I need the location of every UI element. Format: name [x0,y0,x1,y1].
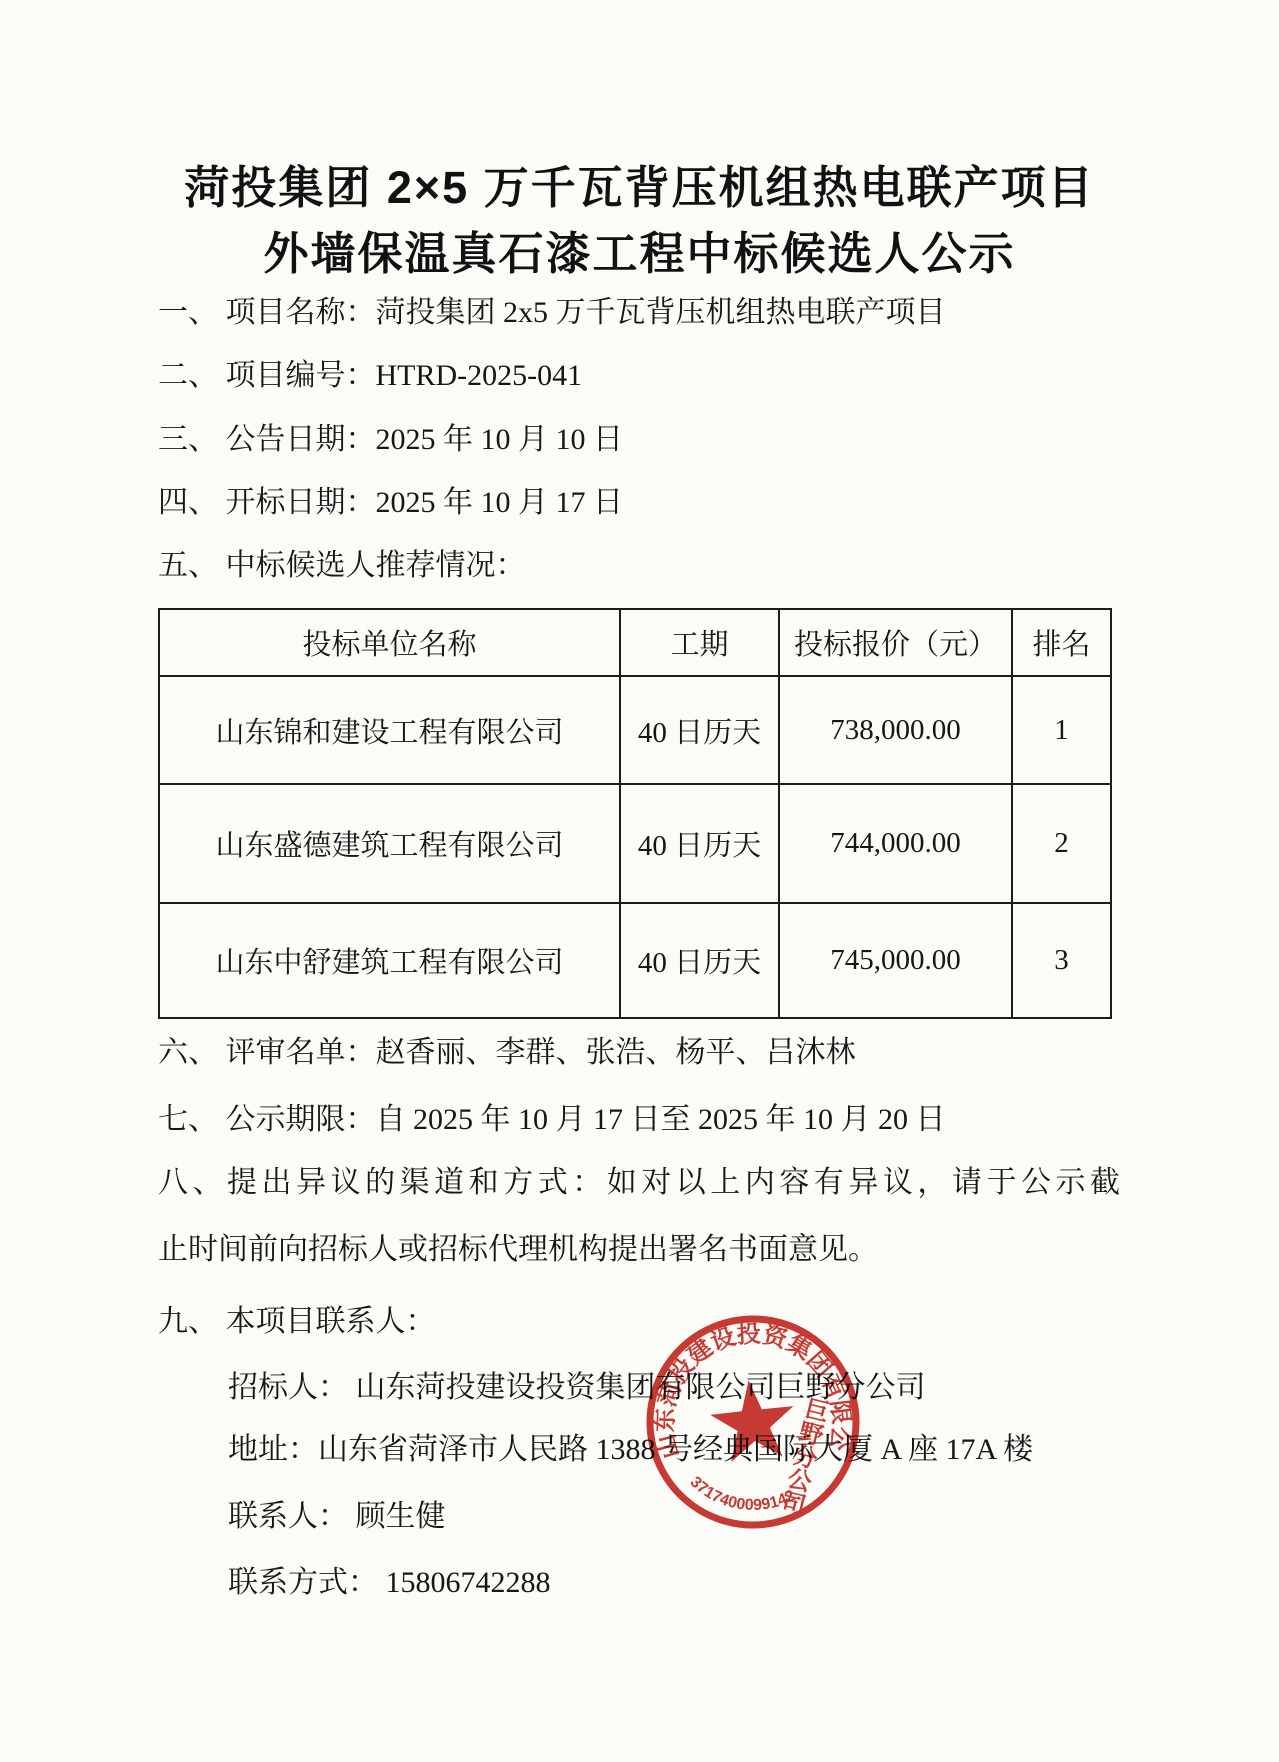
seal-ring [640,1309,866,1535]
item-review-panel: 六、 评审名单：赵香丽、李群、张浩、杨平、吕沐林 [158,1034,856,1072]
header-duration: 工期 [620,609,779,676]
cell-rank: 1 [1012,676,1111,784]
item-objection-line2: 止时间前向招标人或招标代理机构提出署名书面意见。 [158,1231,878,1269]
item-notice-date: 三、 公告日期：2025 年 10 月 10 日 [158,421,623,459]
contact-address: 地址：山东省菏泽市人民路 1388 号经典国际大厦 A 座 17A 楼 [228,1431,1033,1469]
cell-price: 738,000.00 [779,676,1012,784]
item-contacts-heading: 九、 本项目联系人： [158,1303,436,1341]
cell-company: 山东盛德建筑工程有限公司 [159,784,620,903]
cell-duration: 40 日历天 [620,784,779,903]
cell-company: 山东中舒建筑工程有限公司 [159,903,620,1018]
item-project-name: 一、 项目名称：菏投集团 2x5 万千瓦背压机组热电联产项目 [158,294,946,332]
header-company: 投标单位名称 [159,609,620,676]
announcement-document: 菏投集团 2×5 万千瓦背压机组热电联产项目 外墙保温真石漆工程中标候选人公示 … [0,0,1279,1762]
document-title-line2: 外墙保温真石漆工程中标候选人公示 [0,217,1279,282]
header-price: 投标报价（元） [779,609,1012,676]
table-row: 山东中舒建筑工程有限公司 40 日历天 745,000.00 3 [159,903,1111,1018]
cell-rank: 2 [1012,784,1111,903]
seal-serial-number: 3717400099142 [685,1463,798,1521]
cell-duration: 40 日历天 [620,676,779,784]
table-header-row: 投标单位名称 工期 投标报价（元） 排名 [159,609,1111,676]
item-candidates-heading: 五、 中标候选人推荐情况： [158,547,526,585]
document-title-line1: 菏投集团 2×5 万千瓦背压机组热电联产项目 [0,151,1279,216]
svg-text:3717400099142: 3717400099142 [685,1463,798,1521]
item-project-number: 二、 项目编号：HTRD-2025-041 [158,357,582,395]
item-publicity-period: 七、 公示期限：自 2025 年 10 月 17 日至 2025 年 10 月 … [158,1101,946,1139]
contact-tenderer: 招标人： 山东菏投建设投资集团有限公司巨野分公司 [228,1369,926,1407]
contact-phone: 联系方式： 15806742288 [228,1564,551,1602]
contact-person: 联系人： 顾生健 [228,1498,446,1536]
header-rank: 排名 [1012,609,1111,676]
cell-rank: 3 [1012,903,1111,1018]
cell-duration: 40 日历天 [620,903,779,1018]
table-row: 山东盛德建筑工程有限公司 40 日历天 744,000.00 2 [159,784,1111,903]
item-bid-open-date: 四、 开标日期：2025 年 10 月 17 日 [158,484,623,522]
cell-company: 山东锦和建设工程有限公司 [159,676,620,784]
item-objection-line1: 八、提出异议的渠道和方式：如对以上内容有异议，请于公示截 [158,1164,1120,1202]
table-row: 山东锦和建设工程有限公司 40 日历天 738,000.00 1 [159,676,1111,784]
cell-price: 745,000.00 [779,903,1012,1018]
bid-candidates-table: 投标单位名称 工期 投标报价（元） 排名 山东锦和建设工程有限公司 40 日历天… [158,608,1112,1019]
company-seal: 山东菏投建设投资集团有限公司 巨野分公司 3717400099142 [610,1279,896,1565]
cell-price: 744,000.00 [779,784,1012,903]
